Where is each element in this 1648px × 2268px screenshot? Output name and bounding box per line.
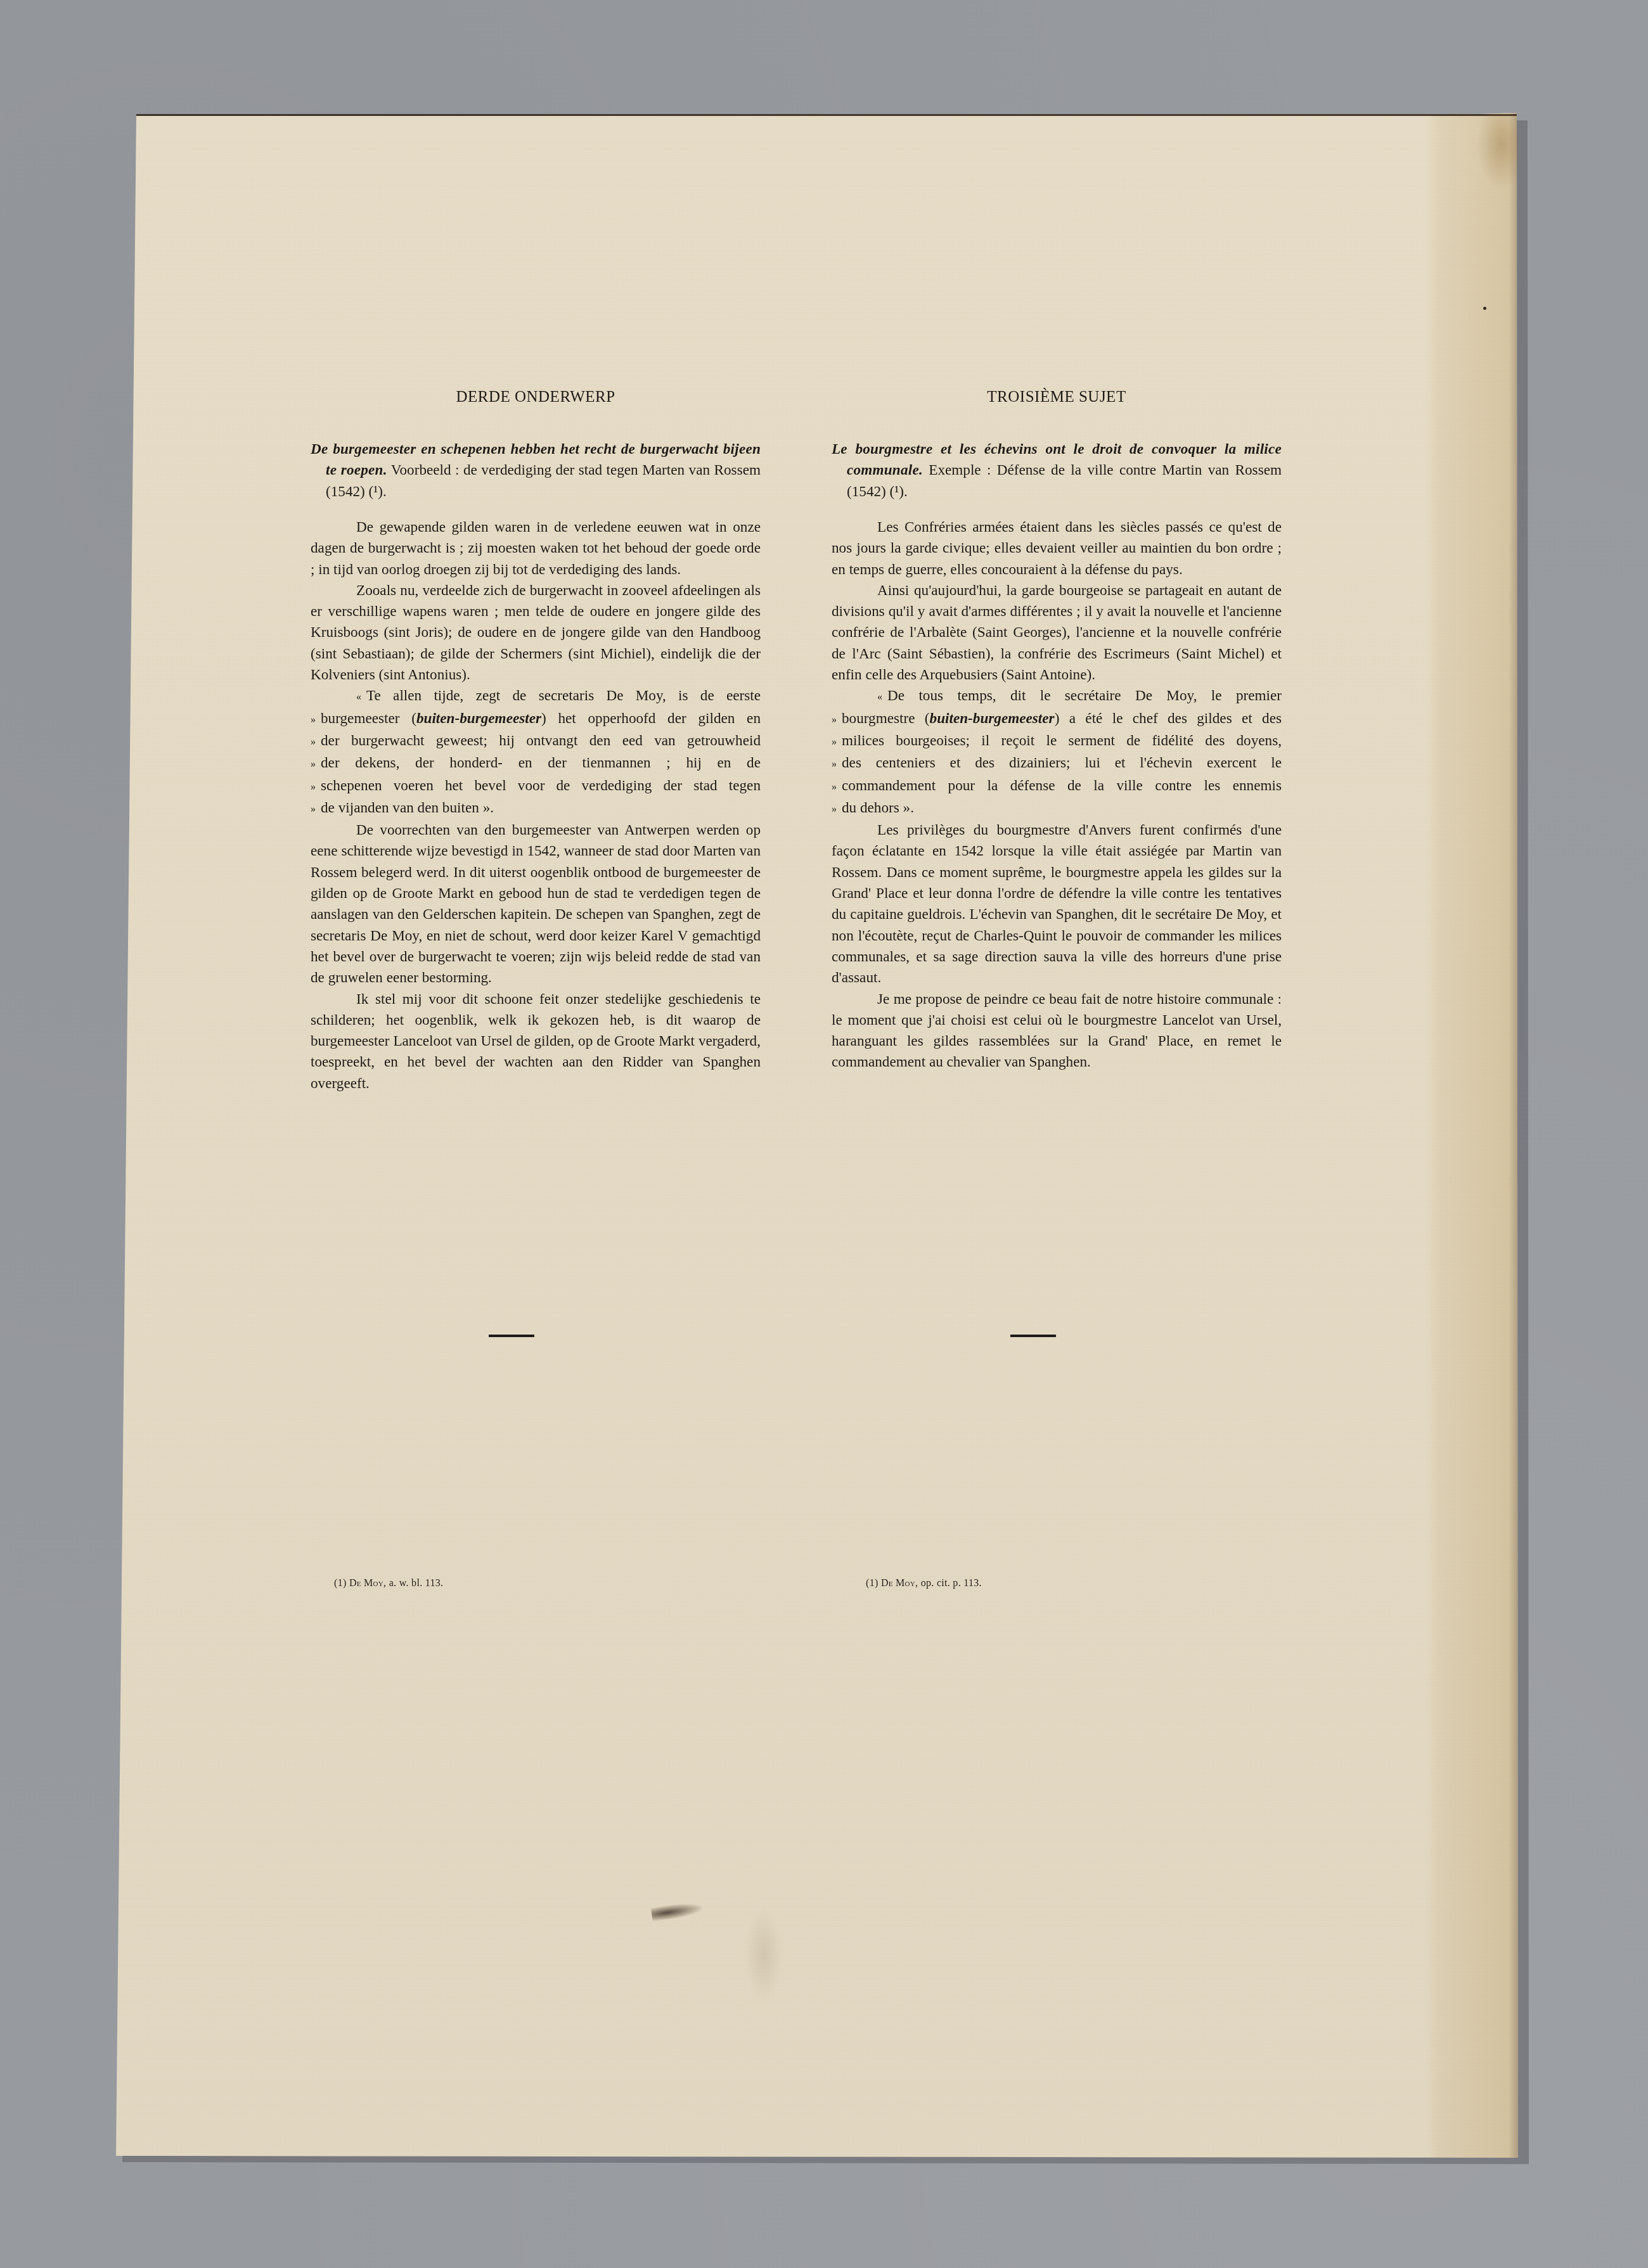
footnote-author: De Moy (881, 1578, 915, 1589)
dutch-paragraph: Ik stel mij voor dit schoone feit onzer … (311, 989, 761, 1094)
guillemet-mark: « (877, 687, 887, 708)
footnote-author: De Moy (349, 1578, 383, 1589)
dutch-paragraph: De gewapende gilden waren in de verleden… (311, 517, 761, 580)
section-rule-right (1010, 1335, 1056, 1337)
corner-stain (1477, 114, 1518, 190)
quote-line: »der dekens, der honderd- en der tienman… (311, 753, 761, 775)
quote-line: »schepenen voeren het bevel voor de verd… (311, 776, 761, 798)
dutch-quote: «Te allen tijde, zegt de secretaris De M… (311, 686, 761, 820)
ink-speck (1483, 307, 1486, 310)
french-heading: TROISIÈME SUJET (832, 388, 1282, 407)
guillemet-mark: » (832, 754, 842, 775)
french-quote: «De tous temps, dit le secrétaire De Moy… (832, 686, 1282, 820)
quote-line: »des centeniers et des dizainiers; lui e… (832, 753, 1282, 775)
guillemet-mark: « (356, 687, 366, 708)
section-rule-left (489, 1335, 534, 1337)
quote-line: »de vijanden van den buiten ». (311, 798, 761, 820)
french-paragraph: Je me propose de peindre ce beau fait de… (832, 989, 1282, 1073)
french-paragraph: Les Confréries armées étaient dans les s… (832, 517, 1282, 580)
french-summary: Le bourgmestre et les échevins ont le dr… (832, 439, 1282, 503)
dutch-summary: De burgemeester en schepenen hebben het … (311, 439, 761, 503)
guillemet-mark: » (832, 710, 842, 731)
quote-line: »milices bourgeoises; il reçoit le serme… (832, 731, 1282, 753)
guillemet-mark: » (311, 799, 321, 820)
quote-line: «De tous temps, dit le secrétaire De Moy… (832, 686, 1282, 708)
french-body: Les Confréries armées étaient dans les s… (832, 517, 1282, 1073)
faint-stain (745, 1907, 783, 2002)
quote-line: »commandement pour la défense de la vill… (832, 776, 1282, 798)
footnote-ref: , op. cit. p. 113. (915, 1578, 982, 1589)
quote-line: »der burgerwacht geweest; hij ontvangt d… (311, 731, 761, 753)
footnote-number: (1) (334, 1578, 347, 1589)
quote-line: «Te allen tijde, zegt de secretaris De M… (311, 686, 761, 708)
dutch-summary-plain: Voorbeeld : de verdediging der stad tege… (326, 462, 761, 499)
page-top-edge (136, 114, 1517, 116)
paper-sheet (0, 0, 1648, 2268)
french-footnote: (1) De Moy, op. cit. p. 113. (866, 1578, 982, 1589)
dutch-footnote: (1) De Moy, a. w. bl. 113. (334, 1578, 443, 1589)
footnote-number: (1) (866, 1578, 879, 1589)
dutch-heading: DERDE ONDERWERP (311, 388, 761, 407)
guillemet-mark: » (311, 754, 321, 775)
footnote-ref: , a. w. bl. 113. (383, 1578, 443, 1589)
french-paragraph: Les privilèges du bourgmestre d'Anvers f… (832, 820, 1282, 989)
quote-line: »bourgmestre (buiten-burgemeester) a été… (832, 708, 1282, 731)
quote-emphasis: buiten-burgemeester (416, 710, 541, 727)
guillemet-mark: » (311, 710, 321, 731)
dutch-body: De gewapende gilden waren in de verleden… (311, 517, 761, 1094)
guillemet-mark: » (311, 777, 321, 798)
french-paragraph: Ainsi qu'aujourd'hui, la garde bourgeois… (832, 580, 1282, 686)
dutch-paragraph: Zooals nu, verdeelde zich de burgerwacht… (311, 580, 761, 686)
quote-line: »burgemeester (buiten-burgemeester) het … (311, 708, 761, 731)
guillemet-mark: » (832, 732, 842, 753)
guillemet-mark: » (832, 799, 842, 820)
quote-line: »du dehors ». (832, 798, 1282, 820)
quote-emphasis: buiten-burgemeester (930, 710, 1055, 727)
dutch-paragraph: De voorrechten van den burgemeester van … (311, 820, 761, 989)
guillemet-mark: » (832, 777, 842, 798)
guillemet-mark: » (311, 732, 321, 753)
